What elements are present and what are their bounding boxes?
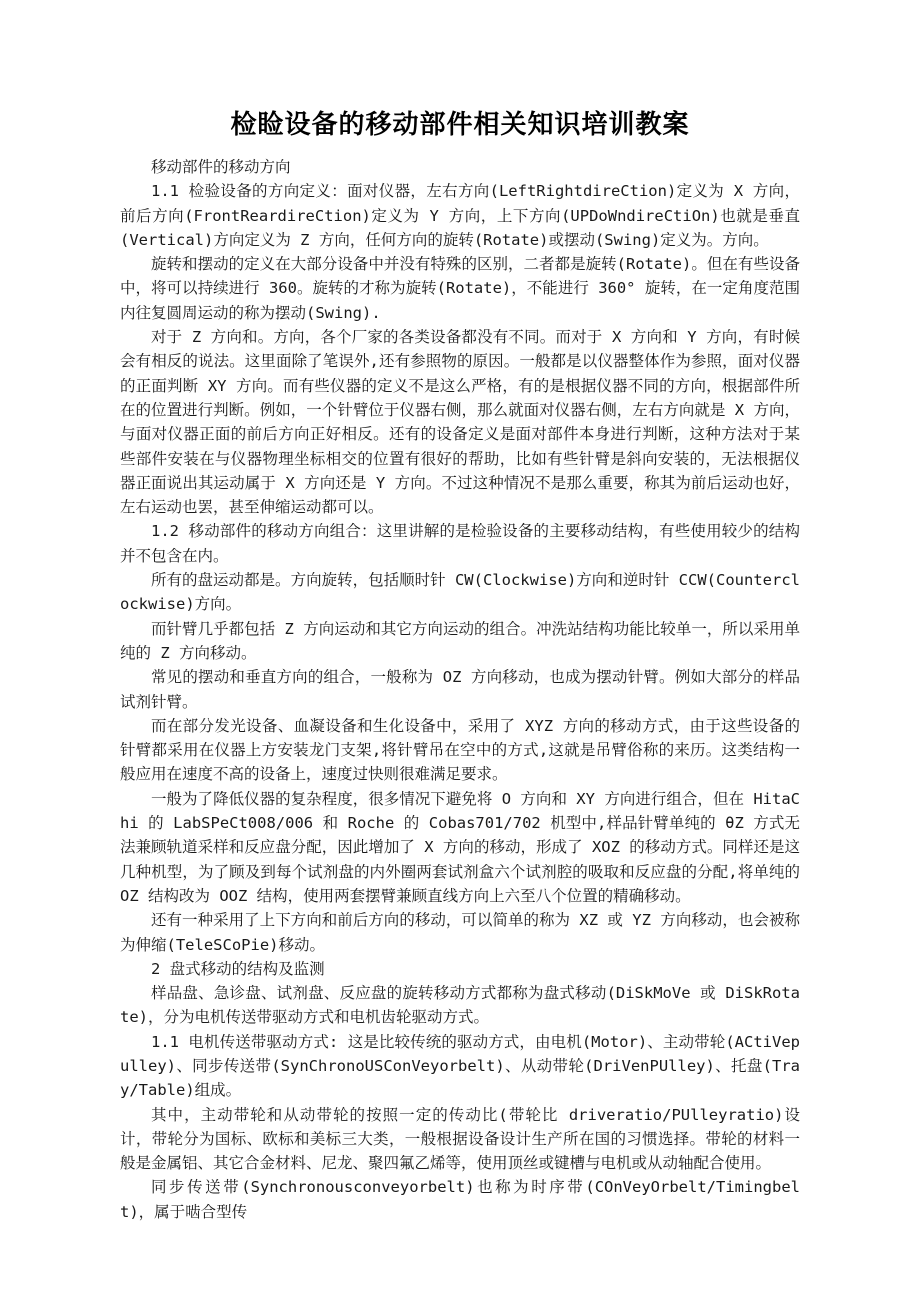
document-title: 检睑设备的移动部件相关知识培训教案 bbox=[120, 108, 800, 142]
paragraph-telescopic-move: 还有一种采用了上下方向和前后方向的移动，可以简单的称为 XZ 或 YZ 方向移动… bbox=[120, 908, 800, 957]
paragraph-1-2-direction-combinations: 1.2 移动部件的移动方向组合：这里讲解的是检验设备的主要移动结构，有些使用较少… bbox=[120, 519, 800, 568]
paragraph-section-2-heading: 2 盘式移动的结构及监测 bbox=[120, 957, 800, 981]
paragraph-timing-belt: 同步传送带(Synchronousconveyorbelt)也称为时序带(COn… bbox=[120, 1175, 800, 1224]
paragraph-disk-rotation-cw-ccw: 所有的盘运动都是。方向旋转，包括顺时针 CW(Clockwise)方向和逆时针 … bbox=[120, 568, 800, 617]
document-page: 检睑设备的移动部件相关知识培训教案 移动部件的移动方向 1.1 检验设备的方向定… bbox=[0, 0, 920, 1301]
paragraph-disk-move-types: 样品盘、急诊盘、试剂盘、反应盘的旋转移动方式都称为盘式移动(DiSkMoVe 或… bbox=[120, 981, 800, 1030]
paragraph-1-1-direction-definition: 1.1 检验设备的方向定义：面对仪器，左右方向(LeftRightdireCti… bbox=[120, 179, 800, 252]
paragraph-rotate-swing: 旋转和摆动的定义在大部分设备中并没有特殊的区别，二者都是旋转(Rotate)。但… bbox=[120, 252, 800, 325]
paragraph-oz-swing-arm: 常见的摆动和垂直方向的组合，一般称为 OZ 方向移动，也成为摆动针臂。例如大部分… bbox=[120, 665, 800, 714]
paragraph-xy-direction-conventions: 对于 Z 方向和。方向，各个厂家的各类设备都没有不同。而对于 X 方向和 Y 方… bbox=[120, 325, 800, 519]
paragraph-section-heading: 移动部件的移动方向 bbox=[120, 155, 800, 179]
paragraph-xyz-gantry: 而在部分发光设备、血凝设备和生化设备中，采用了 XYZ 方向的移动方式，由于这些… bbox=[120, 714, 800, 787]
paragraph-pulley-ratio-materials: 其中，主动带轮和从动带轮的按照一定的传动比(带轮比 driveratio/PUl… bbox=[120, 1103, 800, 1176]
paragraph-xoz-ooz-models: 一般为了降低仪器的复杂程度，很多情况下避免将 O 方向和 XY 方向进行组合，但… bbox=[120, 787, 800, 908]
paragraph-needle-arm-z: 而针臂几乎都包括 Z 方向运动和其它方向运动的组合。冲洗站结构功能比较单一，所以… bbox=[120, 617, 800, 666]
document-body: 移动部件的移动方向 1.1 检验设备的方向定义：面对仪器，左右方向(LeftRi… bbox=[120, 155, 800, 1224]
paragraph-belt-drive-components: 1.1 电机传送带驱动方式: 这是比较传统的驱动方式，由电机(Motor)、主动… bbox=[120, 1030, 800, 1103]
